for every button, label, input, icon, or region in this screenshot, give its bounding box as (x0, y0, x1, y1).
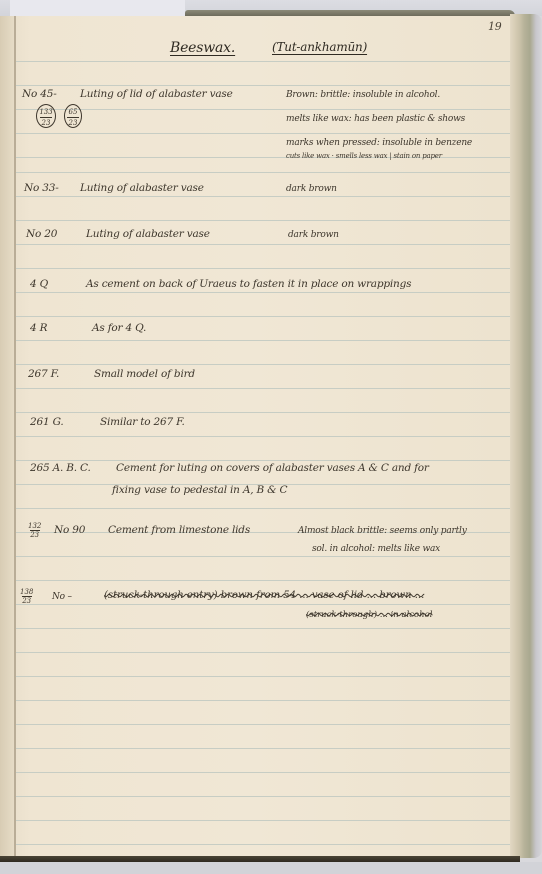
entry-ref: No – (52, 592, 72, 602)
page-subtitle: (Tut-ankhamūn) (272, 40, 367, 54)
entry-note: melts like wax: has been plastic & shows (286, 114, 465, 124)
ruled-line (16, 724, 510, 725)
entry-ref: 261 G. (30, 416, 64, 428)
scan-backdrop-bottom (0, 862, 542, 874)
fraction-top: 132 (28, 522, 41, 530)
ruled-line (16, 364, 510, 365)
reference-fraction: 138 23 (20, 588, 33, 605)
ruled-line (16, 700, 510, 701)
ruled-line (16, 748, 510, 749)
entry-note: Almost black brittle: seems only partly (298, 526, 467, 536)
entry-ref: 4 Q (30, 278, 48, 290)
ruled-line (16, 196, 510, 197)
ruled-line (16, 61, 510, 62)
ruled-line (16, 316, 510, 317)
page-stack-edge (510, 14, 542, 858)
ruled-line (16, 628, 510, 629)
ruled-line (16, 172, 510, 173)
entry-description: As for 4 Q. (92, 322, 146, 334)
entry-description: Luting of alabaster vase (86, 228, 210, 240)
reference-fraction: 132 23 (28, 522, 41, 539)
entry-note: Brown: brittle: insoluble in alcohol. (286, 90, 440, 100)
entry-ref: 267 F. (28, 368, 59, 380)
entry-ref: 4 R (30, 322, 47, 334)
scan-backdrop-sheet (10, 0, 185, 16)
struck-through-description-continued: (struck-through) ... in alcohol (306, 610, 432, 620)
page-title: Beeswax. (170, 40, 235, 56)
ruled-line (16, 460, 510, 461)
fraction-bottom: 23 (30, 531, 39, 539)
entry-description-continued: fixing vase to pedestal in A, B & C (112, 484, 287, 496)
ruled-line (16, 133, 510, 134)
ruled-line (16, 220, 510, 221)
entry-note: cuts like wax · smells less wax | stain … (286, 152, 442, 160)
ruled-line (16, 292, 510, 293)
circled-reference: 133 23 (36, 104, 56, 128)
fraction-bottom: 23 (42, 119, 51, 127)
entry-ref: 265 A. B. C. (30, 462, 91, 474)
entry-note: marks when pressed: insoluble in benzene (286, 138, 472, 148)
ruled-line (16, 109, 510, 110)
fraction-bottom: 23 (22, 597, 31, 605)
fraction-top: 138 (20, 588, 33, 596)
ruled-line (16, 796, 510, 797)
ruled-line (16, 412, 510, 413)
entry-ref: No 20 (26, 228, 57, 240)
ruled-line (16, 436, 510, 437)
entry-ref: No 90 (54, 524, 85, 536)
ruled-line (16, 268, 510, 269)
ruled-line (16, 676, 510, 677)
entry-description: Luting of lid of alabaster vase (80, 88, 233, 100)
entry-note: dark brown (288, 230, 339, 240)
entry-description: Luting of alabaster vase (80, 182, 204, 194)
entry-description: Cement for luting on covers of alabaster… (116, 462, 429, 474)
fraction-line (40, 117, 52, 118)
ruled-line (16, 580, 510, 581)
entry-description: Similar to 267 F. (100, 416, 185, 428)
ruled-line (16, 772, 510, 773)
ruled-line (16, 844, 510, 845)
notebook-page: 19 Beeswax. (Tut-ankhamūn) No 45- 133 23… (0, 16, 510, 856)
fraction-top: 133 (39, 108, 52, 116)
ruled-line (16, 244, 510, 245)
fraction-line (67, 117, 79, 118)
entry-note: sol. in alcohol: melts like wax (312, 544, 440, 554)
ruled-line (16, 604, 510, 605)
entry-ref: No 33- (24, 182, 59, 194)
ruled-line (16, 508, 510, 509)
ruled-line (16, 85, 510, 86)
ruled-line (16, 388, 510, 389)
ruled-line (16, 652, 510, 653)
entry-ref: No 45- (22, 88, 57, 100)
fraction-bottom: 23 (69, 119, 78, 127)
page-number: 19 (488, 20, 502, 33)
struck-through-description: (struck-through entry) brown from 54 ...… (104, 590, 424, 601)
entry-description: Small model of bird (94, 368, 195, 380)
circled-reference: 65 23 (64, 104, 82, 128)
ruled-line (16, 820, 510, 821)
entry-description: As cement on back of Uraeus to fasten it… (86, 278, 411, 290)
ruled-line (16, 340, 510, 341)
entry-description: Cement from limestone lids (108, 524, 250, 536)
ruled-line (16, 556, 510, 557)
fraction-top: 65 (69, 108, 78, 116)
entry-note: dark brown (286, 184, 337, 194)
